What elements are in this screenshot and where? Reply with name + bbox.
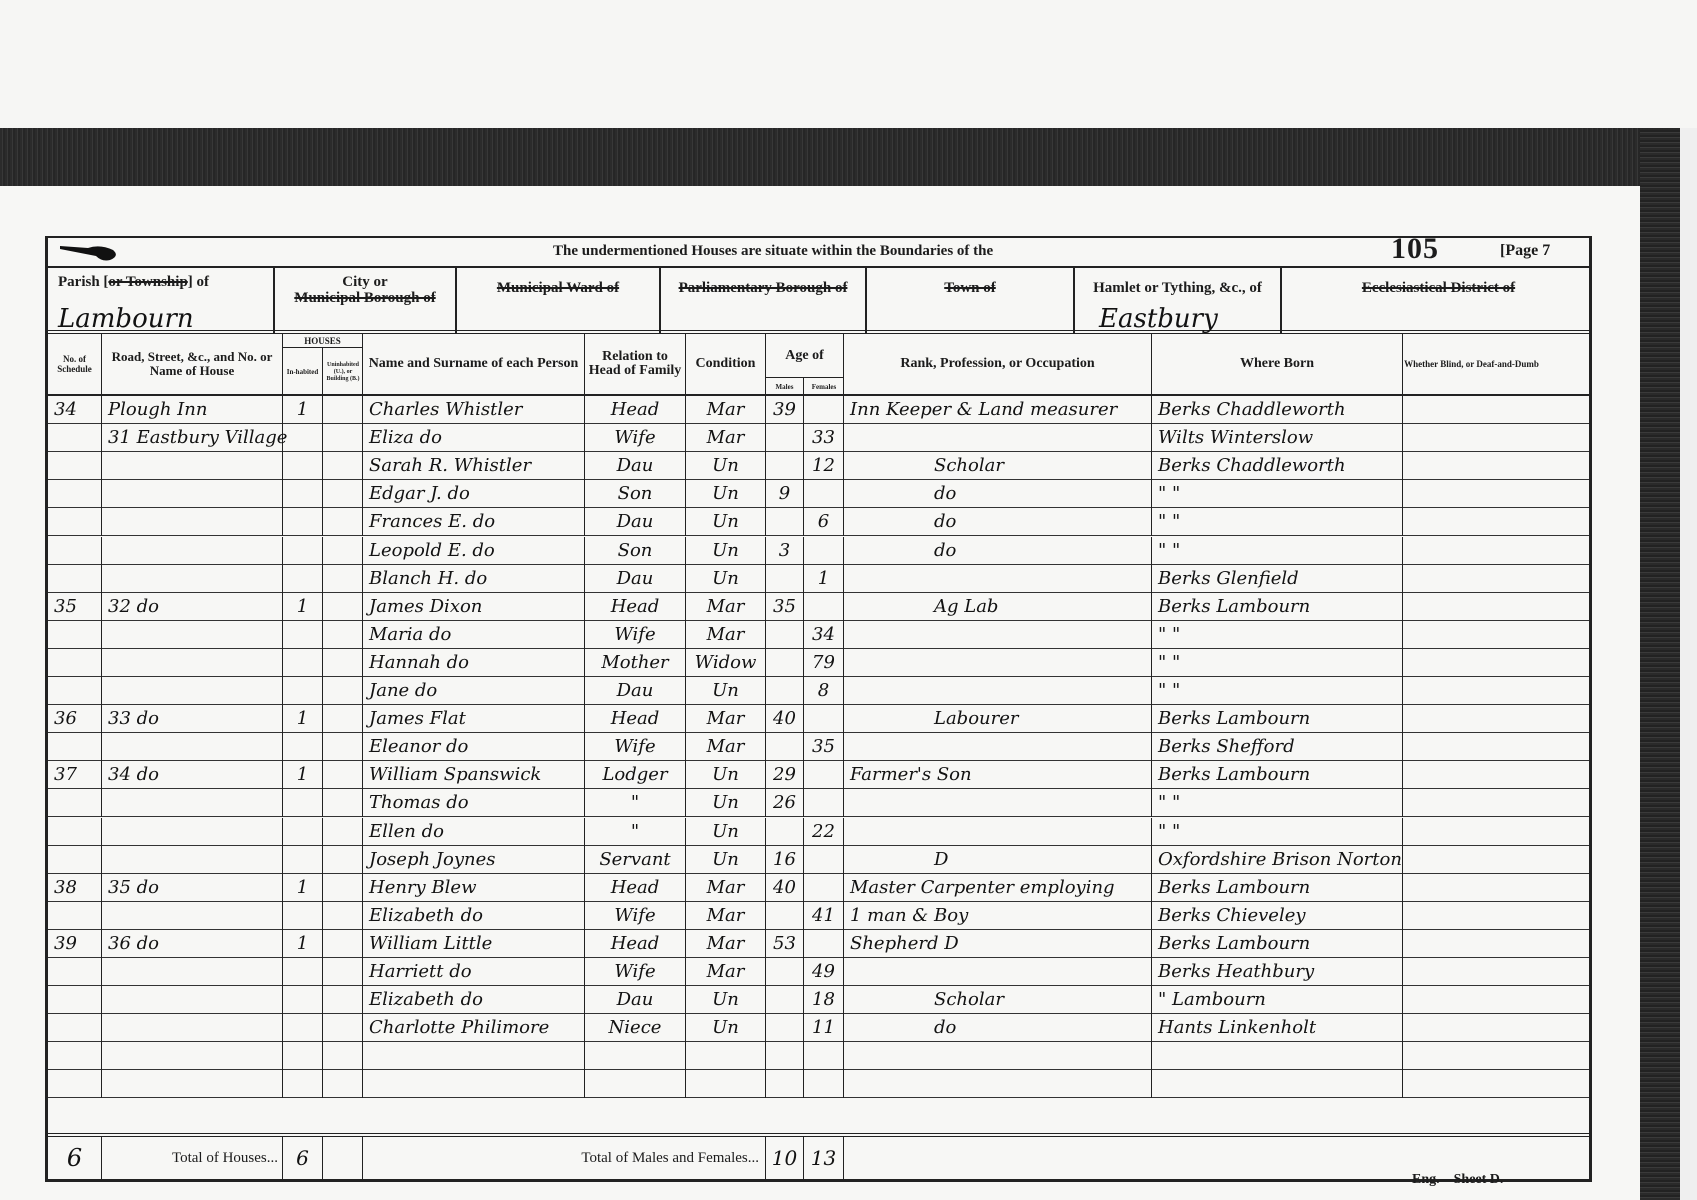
col-males: Males — [766, 378, 804, 396]
cell-uninhabited — [323, 818, 363, 846]
table-row: Blanch H. doDauUn1Berks Glenfield — [48, 565, 1589, 593]
cell-born: Wilts Winterslow — [1152, 424, 1403, 452]
cell-male — [766, 1042, 804, 1070]
cell-female: 79 — [804, 649, 844, 677]
cell-blind — [1403, 958, 1595, 986]
cell-condition: Un — [686, 677, 766, 705]
cell-born: " " — [1152, 537, 1403, 565]
cell-occupation — [844, 1042, 1152, 1070]
cell-relation: Servant — [585, 846, 686, 874]
cell-female: 35 — [804, 733, 844, 761]
cell-female: 12 — [804, 452, 844, 480]
cell-male — [766, 958, 804, 986]
cell-name: Thomas do — [363, 789, 585, 817]
cell-inhabited — [283, 902, 323, 930]
cell-occupation: Inn Keeper & Land measurer — [844, 396, 1152, 424]
cell-name: Blanch H. do — [363, 565, 585, 593]
column-headers: No. of Schedule Road, Street, &c., and N… — [48, 334, 1589, 396]
cell-inhabited: 1 — [283, 396, 323, 424]
cell-female — [804, 1070, 844, 1098]
cell-born: Hants Linkenholt — [1152, 1014, 1403, 1042]
table-row: 3936 do1William LittleHeadMar53Shepherd … — [48, 930, 1589, 958]
cell-road: 36 do — [102, 930, 283, 958]
cell-occupation — [844, 677, 1152, 705]
cell-schedule — [48, 986, 102, 1014]
cell-occupation: do — [844, 1014, 1152, 1042]
cell-road: 35 do — [102, 874, 283, 902]
cell-uninhabited — [323, 565, 363, 593]
table-row: Maria doWifeMar34" " — [48, 621, 1589, 649]
cell-condition: Mar — [686, 424, 766, 452]
cell-uninhabited — [323, 452, 363, 480]
cell-name: Charles Whistler — [363, 396, 585, 424]
cell-inhabited — [283, 649, 323, 677]
table-row: Elizabeth doWifeMar411 man & BoyBerks Ch… — [48, 902, 1589, 930]
col-schedule: No. of Schedule — [48, 334, 102, 394]
cell-road — [102, 986, 283, 1014]
cell-schedule: 38 — [48, 874, 102, 902]
cell-born: Berks Shefford — [1152, 733, 1403, 761]
cell-inhabited — [283, 986, 323, 1014]
cell-schedule — [48, 508, 102, 536]
cell-name: James Dixon — [363, 593, 585, 621]
cell-male — [766, 1070, 804, 1098]
cell-condition: Un — [686, 818, 766, 846]
cell-relation: Lodger — [585, 761, 686, 789]
cell-condition: Mar — [686, 958, 766, 986]
cell-male — [766, 508, 804, 536]
cell-born: Berks Lambourn — [1152, 705, 1403, 733]
cell-occupation: Labourer — [844, 705, 1152, 733]
cell-uninhabited — [323, 958, 363, 986]
cell-male — [766, 1014, 804, 1042]
cell-female — [804, 705, 844, 733]
cell-relation: Head — [585, 874, 686, 902]
cell-schedule — [48, 677, 102, 705]
cell-blind — [1403, 874, 1595, 902]
table-row: Elizabeth doDauUn18Scholar" Lambourn — [48, 986, 1589, 1014]
cell-schedule — [48, 846, 102, 874]
cell-uninhabited — [323, 1070, 363, 1098]
cell-road — [102, 677, 283, 705]
hamlet-value: Eastbury — [1099, 304, 1218, 334]
cell-born: " " — [1152, 789, 1403, 817]
cell-male: 3 — [766, 537, 804, 565]
cell-female — [804, 480, 844, 508]
cell-relation: Head — [585, 593, 686, 621]
cell-schedule — [48, 649, 102, 677]
table-row: Sarah R. WhistlerDauUn12ScholarBerks Cha… — [48, 452, 1589, 480]
cell-female: 11 — [804, 1014, 844, 1042]
cell-female — [804, 761, 844, 789]
cell-female — [804, 930, 844, 958]
totals-row: 6 Total of Houses... 6 Total of Males an… — [48, 1133, 1589, 1179]
cell-road: 32 do — [102, 593, 283, 621]
cell-name: Ellen do — [363, 818, 585, 846]
table-row: Harriett doWifeMar49Berks Heathbury — [48, 958, 1589, 986]
cell-name: Maria do — [363, 621, 585, 649]
cell-name: William Little — [363, 930, 585, 958]
cell-occupation — [844, 649, 1152, 677]
sheet-label: Eng.—Sheet D. — [1412, 1172, 1503, 1188]
cell-schedule — [48, 537, 102, 565]
cell-inhabited: 1 — [283, 874, 323, 902]
cell-relation: Wife — [585, 902, 686, 930]
cell-blind — [1403, 902, 1595, 930]
total-females: 13 — [804, 1137, 844, 1179]
cell-born: Berks Glenfield — [1152, 565, 1403, 593]
table-row: 34Plough Inn1Charles WhistlerHeadMar39In… — [48, 396, 1589, 424]
total-males: 10 — [766, 1137, 804, 1179]
cell-road — [102, 958, 283, 986]
cell-road — [102, 789, 283, 817]
cell-condition: Mar — [686, 705, 766, 733]
col-born: Where Born — [1152, 334, 1403, 394]
district-borough: City orMunicipal Borough of — [275, 268, 457, 334]
table-row: Charlotte PhilimoreNieceUn11doHants Link… — [48, 1014, 1589, 1042]
cell-relation: Mother — [585, 649, 686, 677]
header-title: The undermentioned Houses are situate wi… — [553, 243, 993, 260]
cell-schedule — [48, 1042, 102, 1070]
cell-condition: Un — [686, 1014, 766, 1042]
cell-condition: Mar — [686, 621, 766, 649]
cell-female: 22 — [804, 818, 844, 846]
cell-schedule — [48, 818, 102, 846]
cell-road — [102, 902, 283, 930]
total-inhabited: 6 — [283, 1137, 323, 1179]
cell-male — [766, 818, 804, 846]
cell-name — [363, 1042, 585, 1070]
cell-blind — [1403, 621, 1595, 649]
col-occupation: Rank, Profession, or Occupation — [844, 334, 1152, 394]
cell-relation: Wife — [585, 958, 686, 986]
col-inhabited: In-habited — [283, 348, 323, 396]
cell-schedule: 34 — [48, 396, 102, 424]
cell-condition: Mar — [686, 396, 766, 424]
cell-female: 6 — [804, 508, 844, 536]
page-number: [Page 7 — [1500, 242, 1550, 260]
table-row: Thomas do"Un26" " — [48, 789, 1589, 817]
cell-occupation — [844, 818, 1152, 846]
cell-occupation — [844, 565, 1152, 593]
cell-inhabited — [283, 846, 323, 874]
cell-born: " " — [1152, 621, 1403, 649]
cell-female — [804, 537, 844, 565]
cell-schedule: 39 — [48, 930, 102, 958]
cell-name: Edgar J. do — [363, 480, 585, 508]
cell-occupation: Master Carpenter employing — [844, 874, 1152, 902]
cell-relation — [585, 1042, 686, 1070]
cell-schedule: 35 — [48, 593, 102, 621]
cell-female: 34 — [804, 621, 844, 649]
cell-schedule — [48, 480, 102, 508]
cell-blind — [1403, 986, 1595, 1014]
cell-blind — [1403, 1042, 1595, 1070]
cell-road: Plough Inn — [102, 396, 283, 424]
cell-road: 34 do — [102, 761, 283, 789]
cell-condition: Un — [686, 761, 766, 789]
col-uninhabited: Uninhabited (U.), or Building (B.) — [323, 348, 363, 396]
cell-born: Berks Lambourn — [1152, 761, 1403, 789]
cell-inhabited — [283, 424, 323, 452]
cell-born: Berks Lambourn — [1152, 930, 1403, 958]
cell-name: Leopold E. do — [363, 537, 585, 565]
cell-relation: Dau — [585, 452, 686, 480]
scan-edge — [1680, 128, 1697, 1200]
cell-born: " " — [1152, 508, 1403, 536]
cell-occupation — [844, 424, 1152, 452]
cell-born: " " — [1152, 677, 1403, 705]
cell-relation — [585, 1070, 686, 1098]
cell-male: 29 — [766, 761, 804, 789]
cell-occupation — [844, 789, 1152, 817]
cell-relation: Dau — [585, 565, 686, 593]
cell-inhabited — [283, 452, 323, 480]
cell-uninhabited — [323, 986, 363, 1014]
cell-occupation: D — [844, 846, 1152, 874]
cell-male: 53 — [766, 930, 804, 958]
cell-male — [766, 452, 804, 480]
cell-inhabited — [283, 1014, 323, 1042]
cell-male: 16 — [766, 846, 804, 874]
cell-occupation: do — [844, 537, 1152, 565]
cell-blind — [1403, 565, 1595, 593]
cell-relation: Wife — [585, 733, 686, 761]
cell-female: 18 — [804, 986, 844, 1014]
cell-schedule — [48, 1014, 102, 1042]
cell-condition: Widow — [686, 649, 766, 677]
cell-schedule — [48, 565, 102, 593]
cell-born: " Lambourn — [1152, 986, 1403, 1014]
cell-road — [102, 537, 283, 565]
cell-road — [102, 565, 283, 593]
cell-name: Elizabeth do — [363, 986, 585, 1014]
cell-condition: Mar — [686, 930, 766, 958]
cell-male — [766, 621, 804, 649]
cell-inhabited: 1 — [283, 705, 323, 733]
cell-occupation: Farmer's Son — [844, 761, 1152, 789]
total-houses-label: Total of Houses... — [102, 1137, 283, 1179]
cell-name: Frances E. do — [363, 508, 585, 536]
cell-blind — [1403, 593, 1595, 621]
table-row — [48, 1042, 1589, 1070]
cell-blind — [1403, 677, 1595, 705]
cell-road: 33 do — [102, 705, 283, 733]
cell-name: Harriett do — [363, 958, 585, 986]
cell-relation: Head — [585, 396, 686, 424]
form-header: The undermentioned Houses are situate wi… — [48, 238, 1589, 268]
cell-name: Elizabeth do — [363, 902, 585, 930]
cell-inhabited: 1 — [283, 930, 323, 958]
cell-occupation: Scholar — [844, 452, 1152, 480]
cell-male: 9 — [766, 480, 804, 508]
cell-condition: Mar — [686, 733, 766, 761]
cell-schedule — [48, 621, 102, 649]
cell-occupation: Ag Lab — [844, 593, 1152, 621]
cell-uninhabited — [323, 508, 363, 536]
table-row: Eleanor doWifeMar35Berks Shefford — [48, 733, 1589, 761]
cell-road — [102, 818, 283, 846]
cell-name: Sarah R. Whistler — [363, 452, 585, 480]
cell-name: Hannah do — [363, 649, 585, 677]
cell-name — [363, 1070, 585, 1098]
cell-schedule — [48, 958, 102, 986]
cell-road — [102, 1042, 283, 1070]
cell-male: 40 — [766, 705, 804, 733]
cell-occupation — [844, 958, 1152, 986]
cell-blind — [1403, 761, 1595, 789]
cell-condition: Un — [686, 565, 766, 593]
cell-name: Eliza do — [363, 424, 585, 452]
cell-male — [766, 424, 804, 452]
cell-female — [804, 593, 844, 621]
cell-name: Henry Blew — [363, 874, 585, 902]
cell-relation: Head — [585, 705, 686, 733]
cell-uninhabited — [323, 930, 363, 958]
cell-road — [102, 508, 283, 536]
cell-schedule: 36 — [48, 705, 102, 733]
cell-female: 41 — [804, 902, 844, 930]
cell-uninhabited — [323, 761, 363, 789]
cell-uninhabited — [323, 649, 363, 677]
cell-born: Berks Lambourn — [1152, 874, 1403, 902]
cell-name: Jane do — [363, 677, 585, 705]
cell-relation: Wife — [585, 424, 686, 452]
table-row: 3532 do1James DixonHeadMar35Ag LabBerks … — [48, 593, 1589, 621]
cell-male — [766, 733, 804, 761]
cell-relation: Son — [585, 537, 686, 565]
district-ecclesiastical: Ecclesiastical District of — [1282, 268, 1595, 334]
cell-born — [1152, 1042, 1403, 1070]
district-ward: Municipal Ward of — [457, 268, 661, 334]
cell-blind — [1403, 649, 1595, 677]
cell-inhabited: 1 — [283, 593, 323, 621]
cell-inhabited — [283, 789, 323, 817]
cell-inhabited — [283, 818, 323, 846]
cell-blind — [1403, 930, 1595, 958]
cell-occupation: Shepherd D — [844, 930, 1152, 958]
cell-female — [804, 874, 844, 902]
table-row: 31 Eastbury VillageEliza doWifeMar33Wilt… — [48, 424, 1589, 452]
cell-blind — [1403, 508, 1595, 536]
cell-born: Berks Chaddleworth — [1152, 396, 1403, 424]
cell-born: Oxfordshire Brison Norton — [1152, 846, 1403, 874]
cell-schedule — [48, 902, 102, 930]
cell-inhabited: 1 — [283, 761, 323, 789]
cell-road — [102, 1070, 283, 1098]
parish-value: Lambourn — [58, 304, 194, 334]
cell-relation: Dau — [585, 677, 686, 705]
col-age: Age of Males Females — [766, 334, 844, 394]
cell-schedule — [48, 789, 102, 817]
table-row: Hannah doMotherWidow79" " — [48, 649, 1589, 677]
total-schedules: 6 — [48, 1137, 102, 1179]
cell-female: 33 — [804, 424, 844, 452]
cell-male: 35 — [766, 593, 804, 621]
cell-condition: Un — [686, 508, 766, 536]
cell-occupation: do — [844, 480, 1152, 508]
cell-uninhabited — [323, 621, 363, 649]
cell-blind — [1403, 396, 1595, 424]
cell-blind — [1403, 705, 1595, 733]
cell-occupation — [844, 621, 1152, 649]
cell-schedule: 37 — [48, 761, 102, 789]
cell-uninhabited — [323, 1014, 363, 1042]
cell-uninhabited — [323, 874, 363, 902]
col-condition: Condition — [686, 334, 766, 394]
cell-uninhabited — [323, 593, 363, 621]
cell-male — [766, 649, 804, 677]
scan-border-top — [0, 128, 1697, 190]
cell-name: Joseph Joynes — [363, 846, 585, 874]
cell-male: 40 — [766, 874, 804, 902]
scan-border-right — [1640, 128, 1680, 1200]
ink-blot-icon — [58, 242, 128, 262]
cell-occupation: 1 man & Boy — [844, 902, 1152, 930]
cell-road — [102, 452, 283, 480]
col-name: Name and Surname of each Person — [363, 334, 585, 394]
col-road: Road, Street, &c., and No. or Name of Ho… — [102, 334, 283, 394]
col-houses: HOUSES In-habited Uninhabited (U.), or B… — [283, 334, 363, 394]
census-form: The undermentioned Houses are situate wi… — [45, 236, 1592, 1182]
cell-road — [102, 649, 283, 677]
col-relation: Relation to Head of Family — [585, 334, 686, 394]
cell-condition — [686, 1042, 766, 1070]
cell-uninhabited — [323, 537, 363, 565]
cell-uninhabited — [323, 789, 363, 817]
cell-blind — [1403, 789, 1595, 817]
table-row: 3734 do1William SpanswickLodgerUn29Farme… — [48, 761, 1589, 789]
folio-number: 105 — [1391, 232, 1439, 266]
cell-blind — [1403, 846, 1595, 874]
cell-road — [102, 621, 283, 649]
cell-male — [766, 986, 804, 1014]
cell-blind — [1403, 452, 1595, 480]
cell-schedule — [48, 424, 102, 452]
cell-road — [102, 480, 283, 508]
cell-condition: Un — [686, 846, 766, 874]
cell-female — [804, 1042, 844, 1070]
table-row: Edgar J. doSonUn9do" " — [48, 480, 1589, 508]
district-parish: Parish [or Township] of Lambourn — [48, 268, 275, 334]
cell-occupation — [844, 1070, 1152, 1098]
cell-inhabited — [283, 565, 323, 593]
cell-female — [804, 846, 844, 874]
cell-born: Berks Lambourn — [1152, 593, 1403, 621]
cell-inhabited — [283, 508, 323, 536]
cell-female — [804, 789, 844, 817]
cell-blind — [1403, 1014, 1595, 1042]
cell-relation: " — [585, 818, 686, 846]
cell-relation: Wife — [585, 621, 686, 649]
cell-born — [1152, 1070, 1403, 1098]
table-row: Ellen do"Un22" " — [48, 818, 1589, 846]
cell-uninhabited — [323, 677, 363, 705]
cell-condition: Un — [686, 480, 766, 508]
cell-inhabited — [283, 1042, 323, 1070]
cell-schedule — [48, 1070, 102, 1098]
cell-inhabited — [283, 537, 323, 565]
cell-inhabited — [283, 480, 323, 508]
total-uninhabited — [323, 1137, 363, 1179]
cell-schedule — [48, 452, 102, 480]
cell-road — [102, 846, 283, 874]
cell-male: 39 — [766, 396, 804, 424]
cell-name: Charlotte Philimore — [363, 1014, 585, 1042]
cell-inhabited — [283, 733, 323, 761]
cell-blind — [1403, 480, 1595, 508]
cell-relation: Dau — [585, 508, 686, 536]
